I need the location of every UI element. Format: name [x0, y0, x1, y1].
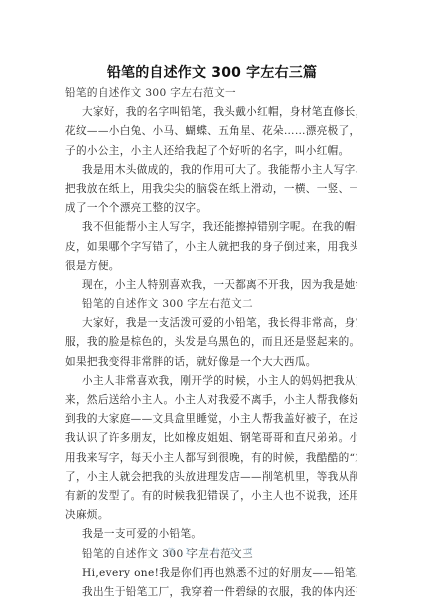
- text-line: 皮，如果哪个字写错了，小主人就把我的身子倒过来，用我头上的橡皮擦掉，: [65, 238, 357, 257]
- section-heading: 铅笔的自述作文 300 字左右范文二: [65, 295, 357, 314]
- text-line: 决麻烦。: [65, 506, 357, 525]
- text-line: 有新的发型了。有的时候我犯错误了，小主人也不说我，还用橡皮姐姐帮我解: [65, 487, 357, 506]
- text-line: 来，然后送给小主人。小主人对我爱不离手，小主人帮我修好“发型”然后送: [65, 391, 357, 410]
- text-line: 如果把我变得非常胖的话，就好像是一个大大西瓜。: [65, 353, 357, 372]
- text-line: 我是用木头做成的，我的作用可大了。我能帮小主人写字、画画。只要你: [65, 161, 357, 180]
- text-line: 我出生于铅笔工厂，我穿着一件碧绿的衣服，我的体内还有一根黑色的铅: [65, 583, 357, 600]
- text-line: 到我的大家庭——文具盒里睡觉，小主人帮我盖好被子，在这个大家庭里面，: [65, 410, 357, 429]
- text-line: 用我来写字，每天小主人都写到很晚，有的时候，我酷酷的“发型”被压平: [65, 449, 357, 468]
- text-line: 我不但能帮小主人写字，我还能擦掉错别字呢。在我的帽子上有一块小橡: [65, 218, 357, 237]
- text-line: 了，小主人就会把我的头放进理发店——削笔机里，等我从削笔机里出来，又: [65, 468, 357, 487]
- text-line: 小主人非常喜欢我，刚开学的时候，小主人的妈妈把我从文具商店卖出: [65, 372, 357, 391]
- text-line: 成了一个个漂亮工整的汉字。: [65, 199, 357, 218]
- document-page: 铅笔的自述作文 300 字左右三篇 铅笔的自述作文 300 字左右范文一 大家好…: [0, 0, 424, 600]
- text-line: 大家好，我是一支活泼可爱的小铅笔，我长得非常高，身穿碧绿色的衣: [65, 314, 357, 333]
- document-body: 铅笔的自述作文 300 字左右范文一 大家好，我的名字叫铅笔，我头戴小红帽，身材…: [65, 84, 357, 600]
- text-line: 服，我的脸是棕色的，头发是乌黑色的，而且还是竖起来的。我长得非常瘦，: [65, 333, 357, 352]
- text-line: 我是一支可爱的小铅笔。: [65, 525, 357, 544]
- text-line: 子的小公主，小主人还给我起了个好听的名字，叫小红帽。: [65, 142, 357, 161]
- text-line: 现在，小主人特别喜欢我，一天都离不开我，因为我是她学习的好帮手！: [65, 276, 357, 295]
- section-heading: 铅笔的自述作文 300 字左右范文一: [65, 84, 357, 103]
- text-line: 大家好，我的名字叫铅笔，我头戴小红帽，身材笔直修长，身上还有很多: [65, 103, 357, 122]
- text-line: Hi,every one!我是你们再也熟悉不过的好朋友——铅笔。: [65, 564, 357, 583]
- page-number-footer: 第 1 页共 2 页: [0, 546, 424, 557]
- text-line: 我认识了许多朋友，比如橡皮姐姐、钢笔哥哥和直尺弟弟。小主人每天晚上都: [65, 429, 357, 448]
- text-line: 花纹——小白兔、小马、蝴蝶、五角星、花朵……漂亮极了，就像一位穿花裙: [65, 122, 357, 141]
- document-title: 铅笔的自述作文 300 字左右三篇: [0, 62, 424, 82]
- text-line: 把我放在纸上，用我尖尖的脑袋在纸上滑动，一横、一竖、一撇、一捺，就形: [65, 180, 357, 199]
- text-line: 很是方便。: [65, 257, 357, 276]
